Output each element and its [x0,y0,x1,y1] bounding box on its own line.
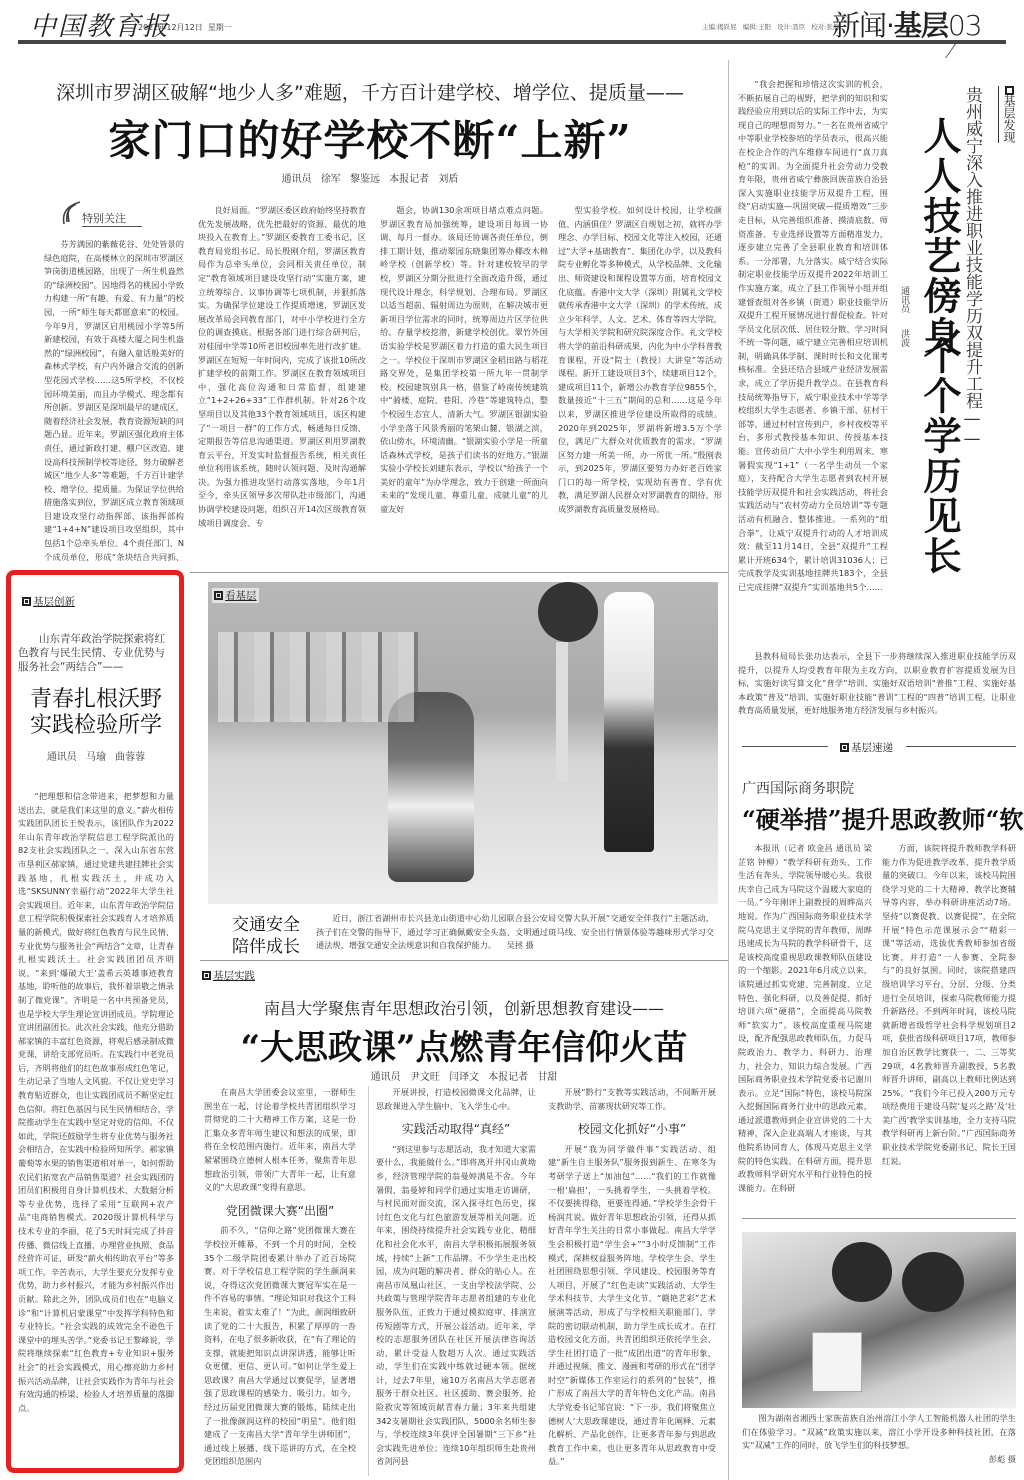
child-head-1 [832,1242,892,1302]
traffic-safety-photo: 看基层 [208,582,718,904]
section-tag-label: 基层创新 [33,596,75,608]
lead-kicker: 深圳市罗湖区破解“地少人多”难题，千方百计建学校、增学位、提质量—— [40,78,700,105]
weekday-text: 星期一 [208,23,232,32]
lead-byline: 通讯员 徐军 黎鉴远 本报记者 刘盾 [40,170,700,185]
practice-col2-text2: “到这里参与志愿活动，我才知道大家需要什么，我能做什么。”即将离开井冈山黄坳乡，… [376,1143,536,1469]
guizhou-headline-1: 人人技艺傍身 [918,116,960,356]
section-box-icon [214,591,223,600]
express-col1-text: 本报讯（记者 欧金昌 通讯员 梁芷铭 钟柳）“教学科研有劲头、工作生活有奔头、学… [738,842,872,1195]
divider [742,1218,1016,1219]
express-col2-text: 方面，该院将提升教师教学科研能力作为促进教学改革、提升教学质量的突破口。今年以来… [882,842,1016,1168]
practice-column-2: 开展讲授，打造校园微课文化品牌，让思政课进入学生脑中、飞入学生心中。 实践活动取… [376,1086,536,1476]
lead-column-1: 芬芳满园的紫薇花谷、处处皆景的绿色庭院，在高楼林立的深圳市罗湖区笋岗街道桃园路，… [44,238,184,566]
practice-col3-text: 开展“黔行”支教等实践活动，不间断开展支教助学、苗寨现状研究等工作。 [548,1086,716,1113]
practice-byline: 通讯员 尹文旺 闫译文 本报记者 甘甜 [200,1068,728,1083]
section-box-icon [840,743,849,752]
practice-headline: “大思政课”点燃青年信仰火苗 [200,1020,728,1069]
section-prefix: 新闻· [832,9,894,42]
leaf-swoosh-icon [60,200,82,226]
robot-photo-caption: 图为湖南省湘西土家族苗族自治州溶江小学人工智能机器人社团的学生们在体验学习。“双… [742,1412,1016,1472]
robot-club-photo [742,1232,1016,1408]
lead-column-4: 型实验学校。如何设计校园，让学校颜值、内涵俱佳？罗湖区自规划之初，就将办学理念、… [558,204,722,566]
lead-column-3: 题会，协调130余项项目堵点难点问题。罗湖区教育局加强统筹，建设项目每周一协调、… [380,204,548,566]
practice-subhead-2: 实践活动取得“真经” [376,1123,536,1137]
innovation-headline-1: 青春扎根沃野 [18,686,174,714]
lead-col4-text: 型实验学校。如何设计校园，让学校颜值、内涵俱佳？罗湖区自规划之初，就将办学理念、… [558,204,722,517]
divider [190,572,728,573]
express-column-1: 本报讯（记者 欧金昌 通讯员 梁芷铭 钟柳）“教学科研有劲头、工作生活有奔头、学… [738,842,872,1200]
section-box-icon [202,971,211,980]
editor-credits: 主编:揭跃屁 编辑:王阳 设计:聂臣 校对:张静 [702,22,839,31]
practice-column-1: 在南昌大学团委会议室里，一群师生围坐在一起，讨论着学校共青团组织学习贯彻党的二十… [204,1086,356,1476]
section-name: 基层 [894,9,948,42]
section-tag-label: 基层实践 [213,970,255,982]
practice-col2-text: 开展讲授，打造校园微课文化品牌，让思政课进入学生脑中、飞入学生心中。 [376,1086,536,1113]
special-focus-badge: 特别关注 [60,200,150,230]
traffic-officer [604,592,654,852]
guizhou-headline-2: 个个学历见长 [918,336,960,576]
section-tag-label: 看基层 [225,590,257,602]
lead-col2-text: 良好局面。“罗湖区委区政府始终坚持教育优先发展战略，优先把最好的资源、最优的地块… [198,204,366,530]
lead-col1-text: 芬芳满园的紫薇花谷、处处皆景的绿色庭院，在高楼林立的深圳市罗湖区笋岗街道桃园路，… [44,238,184,566]
traffic-light [538,582,598,642]
guizhou-byline: 通讯员 洪波 [898,286,911,347]
badge-label: 特别关注 [82,210,126,226]
guizhou-section-tag: 基层发现 [998,86,1018,143]
masthead-notch-decoration [945,44,985,58]
practice-kicker: 南昌大学聚焦青年思想政治引领，创新思想教育建设—— [200,996,728,1019]
section-box-icon [1005,86,1014,95]
caption-title-line-2: 陪伴成长 [232,936,300,958]
lead-headline: 家门口的好学校不断“上新” [40,108,700,168]
guizhou-body: “我会把握和珍惜这次实训的机会，不断拓展自己的视野，把学到的知识和实践经验应用到… [738,78,888,650]
express-section-tag: 基层速递 [840,740,893,755]
lead-col3-text: 题会，协调130余项项目堵点难点问题。罗湖区教育局加强统筹，建设项目每周一协调、… [380,204,548,517]
rule-left [742,746,828,747]
express-headline: “硬举措”提升思政教师“软实力” [742,800,1024,835]
column-divider [368,1086,369,1476]
practice-subhead-3: 校园文化抓好“小事” [548,1123,716,1137]
innovation-body-text: “把理想和信念带进来，把梦想和力量送出去，就是我们来这里的意义。”薪火相传实践团… [18,790,174,1415]
divider [200,960,728,961]
rule-right [906,746,1016,747]
guizhou-kicker: 贵州威宁深入推进职业技能学历双提升工程—— [962,86,982,449]
issue-date: 2022年12月12日 星期一 [138,22,232,33]
masthead-rule [18,40,1006,44]
practice-column-3: 开展“黔行”支教等实践活动，不间断开展支教助学、苗寨现状研究等工作。 校园文化抓… [548,1086,716,1476]
innovation-headline-2: 实践检验所学 [18,712,174,740]
practice-col1-text: 在南昌大学团委会议室里，一群师生围坐在一起，讨论着学校共青团组织学习贯彻党的二十… [204,1086,356,1195]
child-head-2 [902,1252,964,1312]
innovation-kicker: 山东青年政治学院探索将红色教育与民生民情、专业优势与服务社会“两结合”—— [18,632,174,674]
lead-column-2: 良好局面。“罗湖区委区政府始终坚持教育优先发展战略，优先把最好的资源、最优的地块… [198,204,366,566]
photo-credit: 吴拯 摄 [507,940,534,950]
children-group [218,632,418,722]
express-kicker: 广西国际商务职院 [742,778,854,798]
section-tag-label: 基层发现 [1002,95,1016,143]
practice-subhead-1: 党团微课大赛“出圈” [204,1205,356,1219]
express-column-2: 方面，该院将提升教师教学科研能力作为促进教学改革、提升教学质量的突破口。今年以来… [882,842,1016,1200]
practice-col3-text2: 开展“我为同学做件事”实践活动、组建“新生自主服务队”服务报到新生、在寒冬为考研… [548,1143,716,1469]
innovation-section-tag: 基层创新 [22,594,75,609]
section-title: 新闻·基层03 [832,4,982,44]
column-divider [728,60,729,1480]
practice-col1-text2: 前不久，“信仰之路”党团微课大赛在学校拉开帷幕，不到一个月的时间，全校35个二级… [204,1224,356,1469]
robot-caption-text: 图为湖南省湘西土家族苗族自治州溶江小学人工智能机器人社团的学生们在体验学习。“双… [742,1412,1016,1453]
caption-title-line-1: 交通安全 [232,914,300,936]
section-box-icon [22,597,31,606]
section-tag-label: 基层速递 [851,742,893,754]
traffic-light-pole [556,642,568,782]
robot-model [812,1332,862,1392]
photo-section-tag: 看基层 [212,588,259,603]
innovation-byline: 通讯员 马瑜 曲蓉蓉 [18,748,174,763]
page-number: 03 [948,9,982,42]
photo-caption: 近日，浙江省湖州市长兴县龙山街道中心幼儿园联合县公安局交警大队开展“交通安全伴我… [316,912,714,956]
date-text: 2022年12月12日 [138,23,203,32]
guizhou-closing-text: 县教科局局长张功达表示，全县下一步将继续深入推进职业技能学历双提升，以提升人均受… [738,650,1016,718]
guizhou-closing: 县教科局局长张功达表示，全县下一步将继续深入推进职业技能学历双提升，以提升人均受… [738,650,1016,722]
guizhou-body-text: “我会把握和珍惜这次实训的机会，不断拓展自己的视野，把学到的知识和实践经验应用到… [738,78,888,595]
robot-photo-credit: 彭彪 摄 [742,1453,1016,1467]
photo-caption-title: 交通安全陪伴成长 [232,914,300,958]
practice-section-tag: 基层实践 [202,968,255,983]
innovation-body: “把理想和信念带进来，把梦想和力量送出去，就是我们来这里的意义。”薪火相传实践团… [18,790,174,1466]
